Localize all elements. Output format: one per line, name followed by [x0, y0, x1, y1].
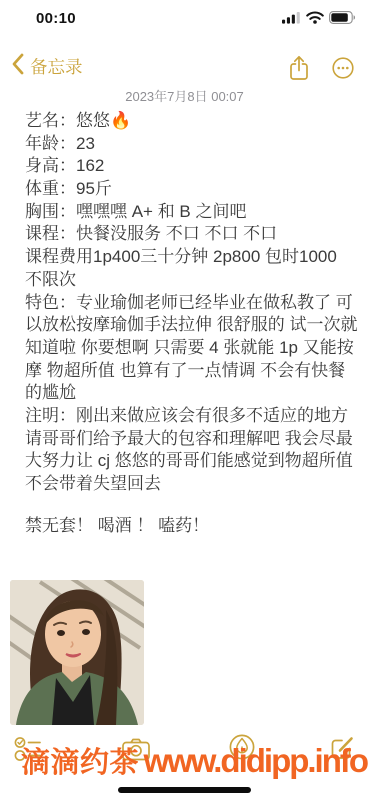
note-line[interactable]: 年龄：23: [25, 133, 369, 156]
chevron-left-icon: [11, 53, 24, 80]
note-line[interactable]: 身高：162: [25, 155, 369, 178]
note-line[interactable]: 以放松按摩瑜伽手法拉伸 很舒服的 试一次就: [25, 314, 369, 337]
note-line[interactable]: 不会带着失望回去: [25, 473, 369, 496]
watermark: 滴滴约茶 www.didipp.info: [21, 741, 367, 788]
note-line[interactable]: 胸围：嘿嘿嘿 A+ 和 B 之间吧: [25, 201, 369, 224]
back-label: 备忘录: [30, 54, 83, 79]
note-line[interactable]: 特色：专业瑜伽老师已经毕业在做私教了 可: [25, 292, 369, 315]
note-line[interactable]: 体重：95斤: [25, 178, 369, 201]
note-line[interactable]: 禁无套！ 喝酒 ！ 嗑药！: [25, 515, 369, 538]
note-line[interactable]: 不限次: [25, 269, 369, 292]
note-line[interactable]: 课程费用1p400三十分钟 2p800 包时1000: [25, 246, 369, 269]
home-indicator[interactable]: [118, 787, 251, 793]
note-line[interactable]: 大努力让 cj 悠悠的哥哥们能感觉到物超所值: [25, 450, 369, 473]
note-line[interactable]: 课程：快餐没服务 不口 不口 不口: [25, 223, 369, 246]
share-icon[interactable]: [289, 55, 309, 81]
note-blank-line: [25, 496, 369, 515]
status-icons: [282, 11, 356, 29]
note-line[interactable]: 的尴尬: [25, 382, 369, 405]
portrait-photo[interactable]: [10, 580, 144, 725]
note-content[interactable]: 艺名：悠悠🔥 年龄：23 身高：162 体重：95斤 胸围：嘿嘿嘿 A+ 和 B…: [25, 110, 369, 537]
note-line[interactable]: 艺名：悠悠🔥: [25, 110, 369, 133]
nav-actions: [289, 55, 354, 81]
note-line[interactable]: 注明：刚出来做应该会有很多不适应的地方: [25, 405, 369, 428]
watermark-url: www.didipp.info: [143, 742, 367, 779]
note-line[interactable]: 请哥哥们给予最大的包容和理解吧 我会尽最: [25, 428, 369, 451]
ellipsis-circle-icon[interactable]: [332, 57, 354, 79]
cellular-signal-icon: [282, 11, 301, 29]
status-time: 00:10: [36, 10, 76, 27]
note-date: 2023年7月8日 00:07: [0, 86, 369, 105]
back-button[interactable]: 备忘录: [11, 53, 83, 80]
note-line[interactable]: 知道啦 你要想啊 只需要 4 张就能 1p 又能按: [25, 337, 369, 360]
wifi-icon: [306, 11, 324, 29]
battery-icon: [329, 11, 356, 29]
note-line[interactable]: 摩 物超所值 也算有了一点情调 不会有快餐: [25, 360, 369, 383]
watermark-brand: 滴滴约茶: [21, 747, 139, 779]
